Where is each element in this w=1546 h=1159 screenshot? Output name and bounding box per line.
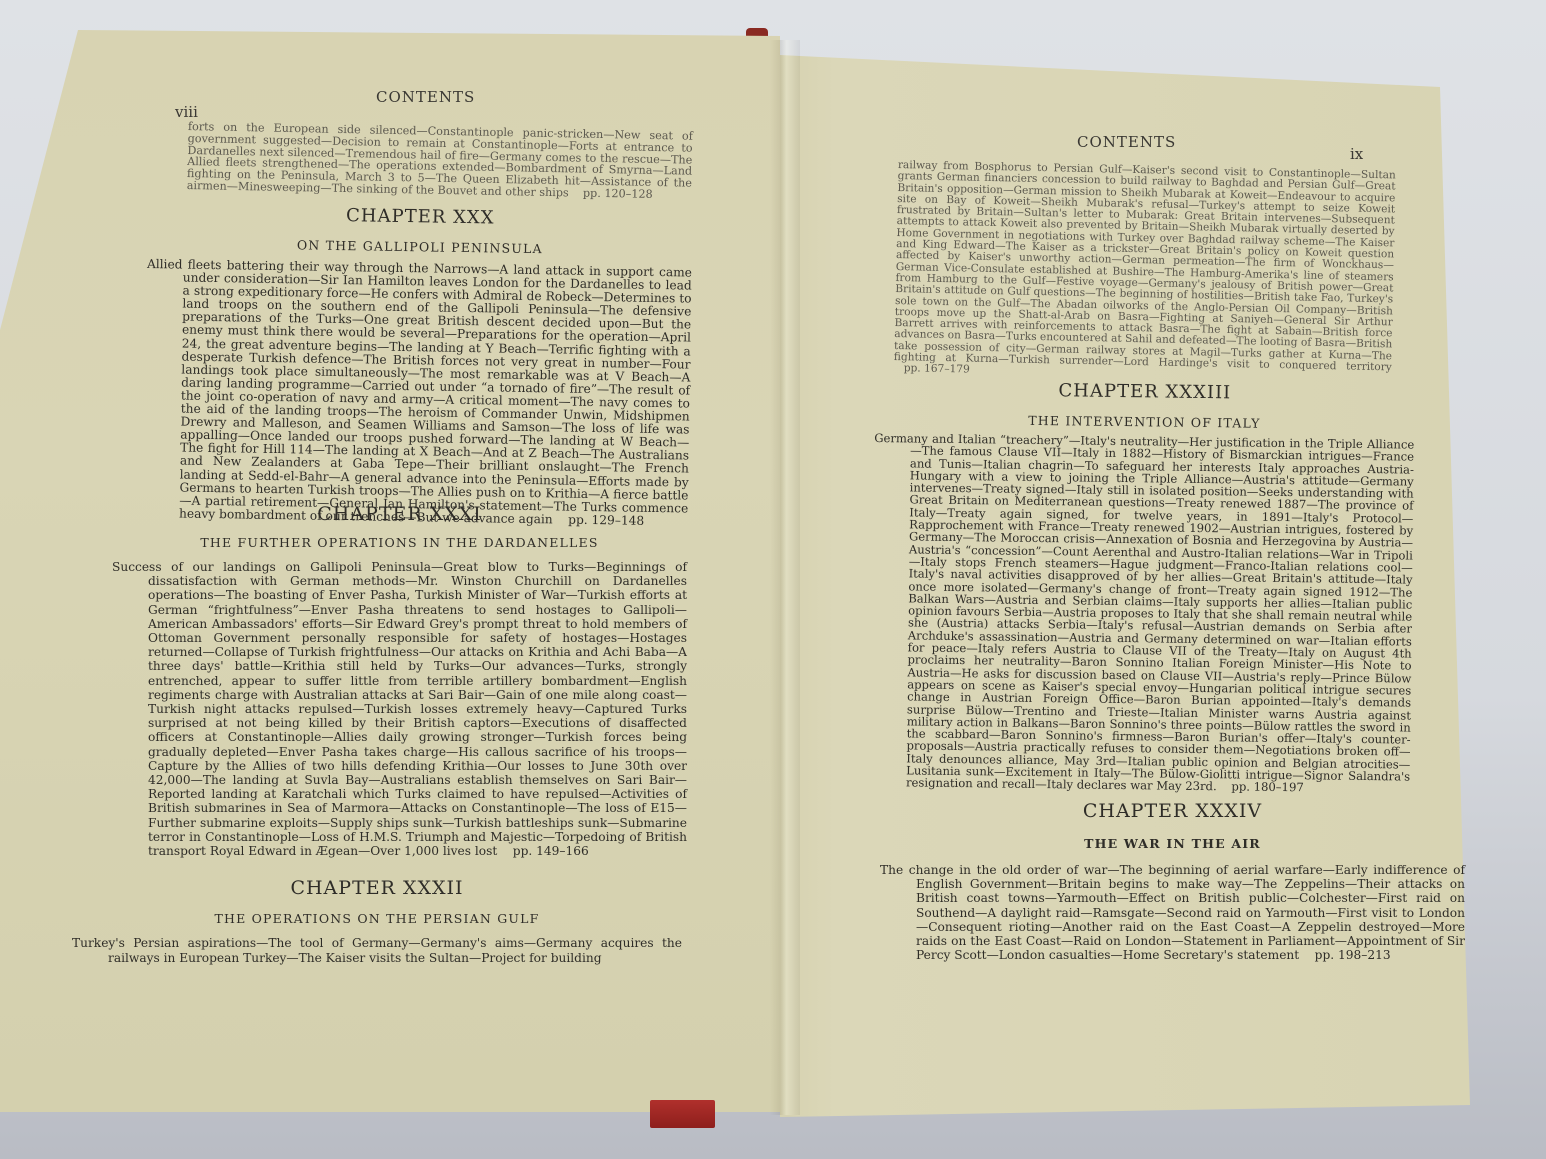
chapter-pages: pp. 149–166 — [513, 844, 589, 858]
left-running-head: CONTENTS — [376, 88, 475, 106]
chapter-xxxiii: CHAPTER XXXIII THE INTERVENTION OF ITALY… — [870, 378, 1415, 795]
chapter-pages: pp. 180–197 — [1231, 780, 1303, 795]
chapter-xxxii: CHAPTER XXXII THE OPERATIONS ON THE PERS… — [72, 877, 682, 965]
chapter-xxxiv: CHAPTER XXXIV THE WAR IN THE AIR The cha… — [880, 800, 1465, 962]
chapter-title: THE INTERVENTION OF ITALY — [874, 411, 1414, 433]
chapter-xxxi: CHAPTER XXXI THE FURTHER OPERATIONS IN T… — [112, 503, 687, 858]
chapter-summary: Turkey's Persian aspirations—The tool of… — [72, 936, 682, 965]
chapter-title: ON THE GALLIPOLI PENINSULA — [147, 235, 692, 259]
red-binding-bottom — [650, 1100, 715, 1128]
chapter-title: THE WAR IN THE AIR — [880, 836, 1465, 851]
chapter-pages: pp. 198–213 — [1315, 948, 1391, 962]
book-gutter — [770, 40, 800, 1115]
chapter-summary: Germany and Italian “treachery”—Italy's … — [874, 431, 1414, 794]
continued-pages: pp. 167–179 — [904, 363, 970, 376]
chapter-title: THE OPERATIONS ON THE PERSIAN GULF — [72, 911, 682, 926]
continued-pages: pp. 120–128 — [583, 187, 653, 201]
right-running-head: CONTENTS — [1077, 133, 1176, 151]
chapter-number: CHAPTER XXXII — [72, 877, 682, 899]
chapter-title: THE FURTHER OPERATIONS IN THE DARDANELLE… — [112, 535, 687, 550]
right-folio: ix — [1350, 145, 1363, 163]
chapter-xxx: CHAPTER XXX ON THE GALLIPOLI PENINSULA A… — [143, 202, 693, 528]
left-continued-entry: forts on the European side silenced—Cons… — [187, 121, 693, 201]
chapter-summary: Success of our landings on Gallipoli Pen… — [112, 560, 687, 858]
right-continued-entry: railway from Bosphorus to Persian Gulf—K… — [894, 160, 1396, 385]
continued-summary: railway from Bosphorus to Persian Gulf—K… — [894, 159, 1396, 373]
left-folio: viii — [175, 103, 198, 121]
chapter-summary: Allied fleets battering their way throug… — [147, 257, 692, 526]
chapter-number: CHAPTER XXXI — [112, 503, 687, 525]
chapter-number: CHAPTER XXXIV — [880, 800, 1465, 822]
